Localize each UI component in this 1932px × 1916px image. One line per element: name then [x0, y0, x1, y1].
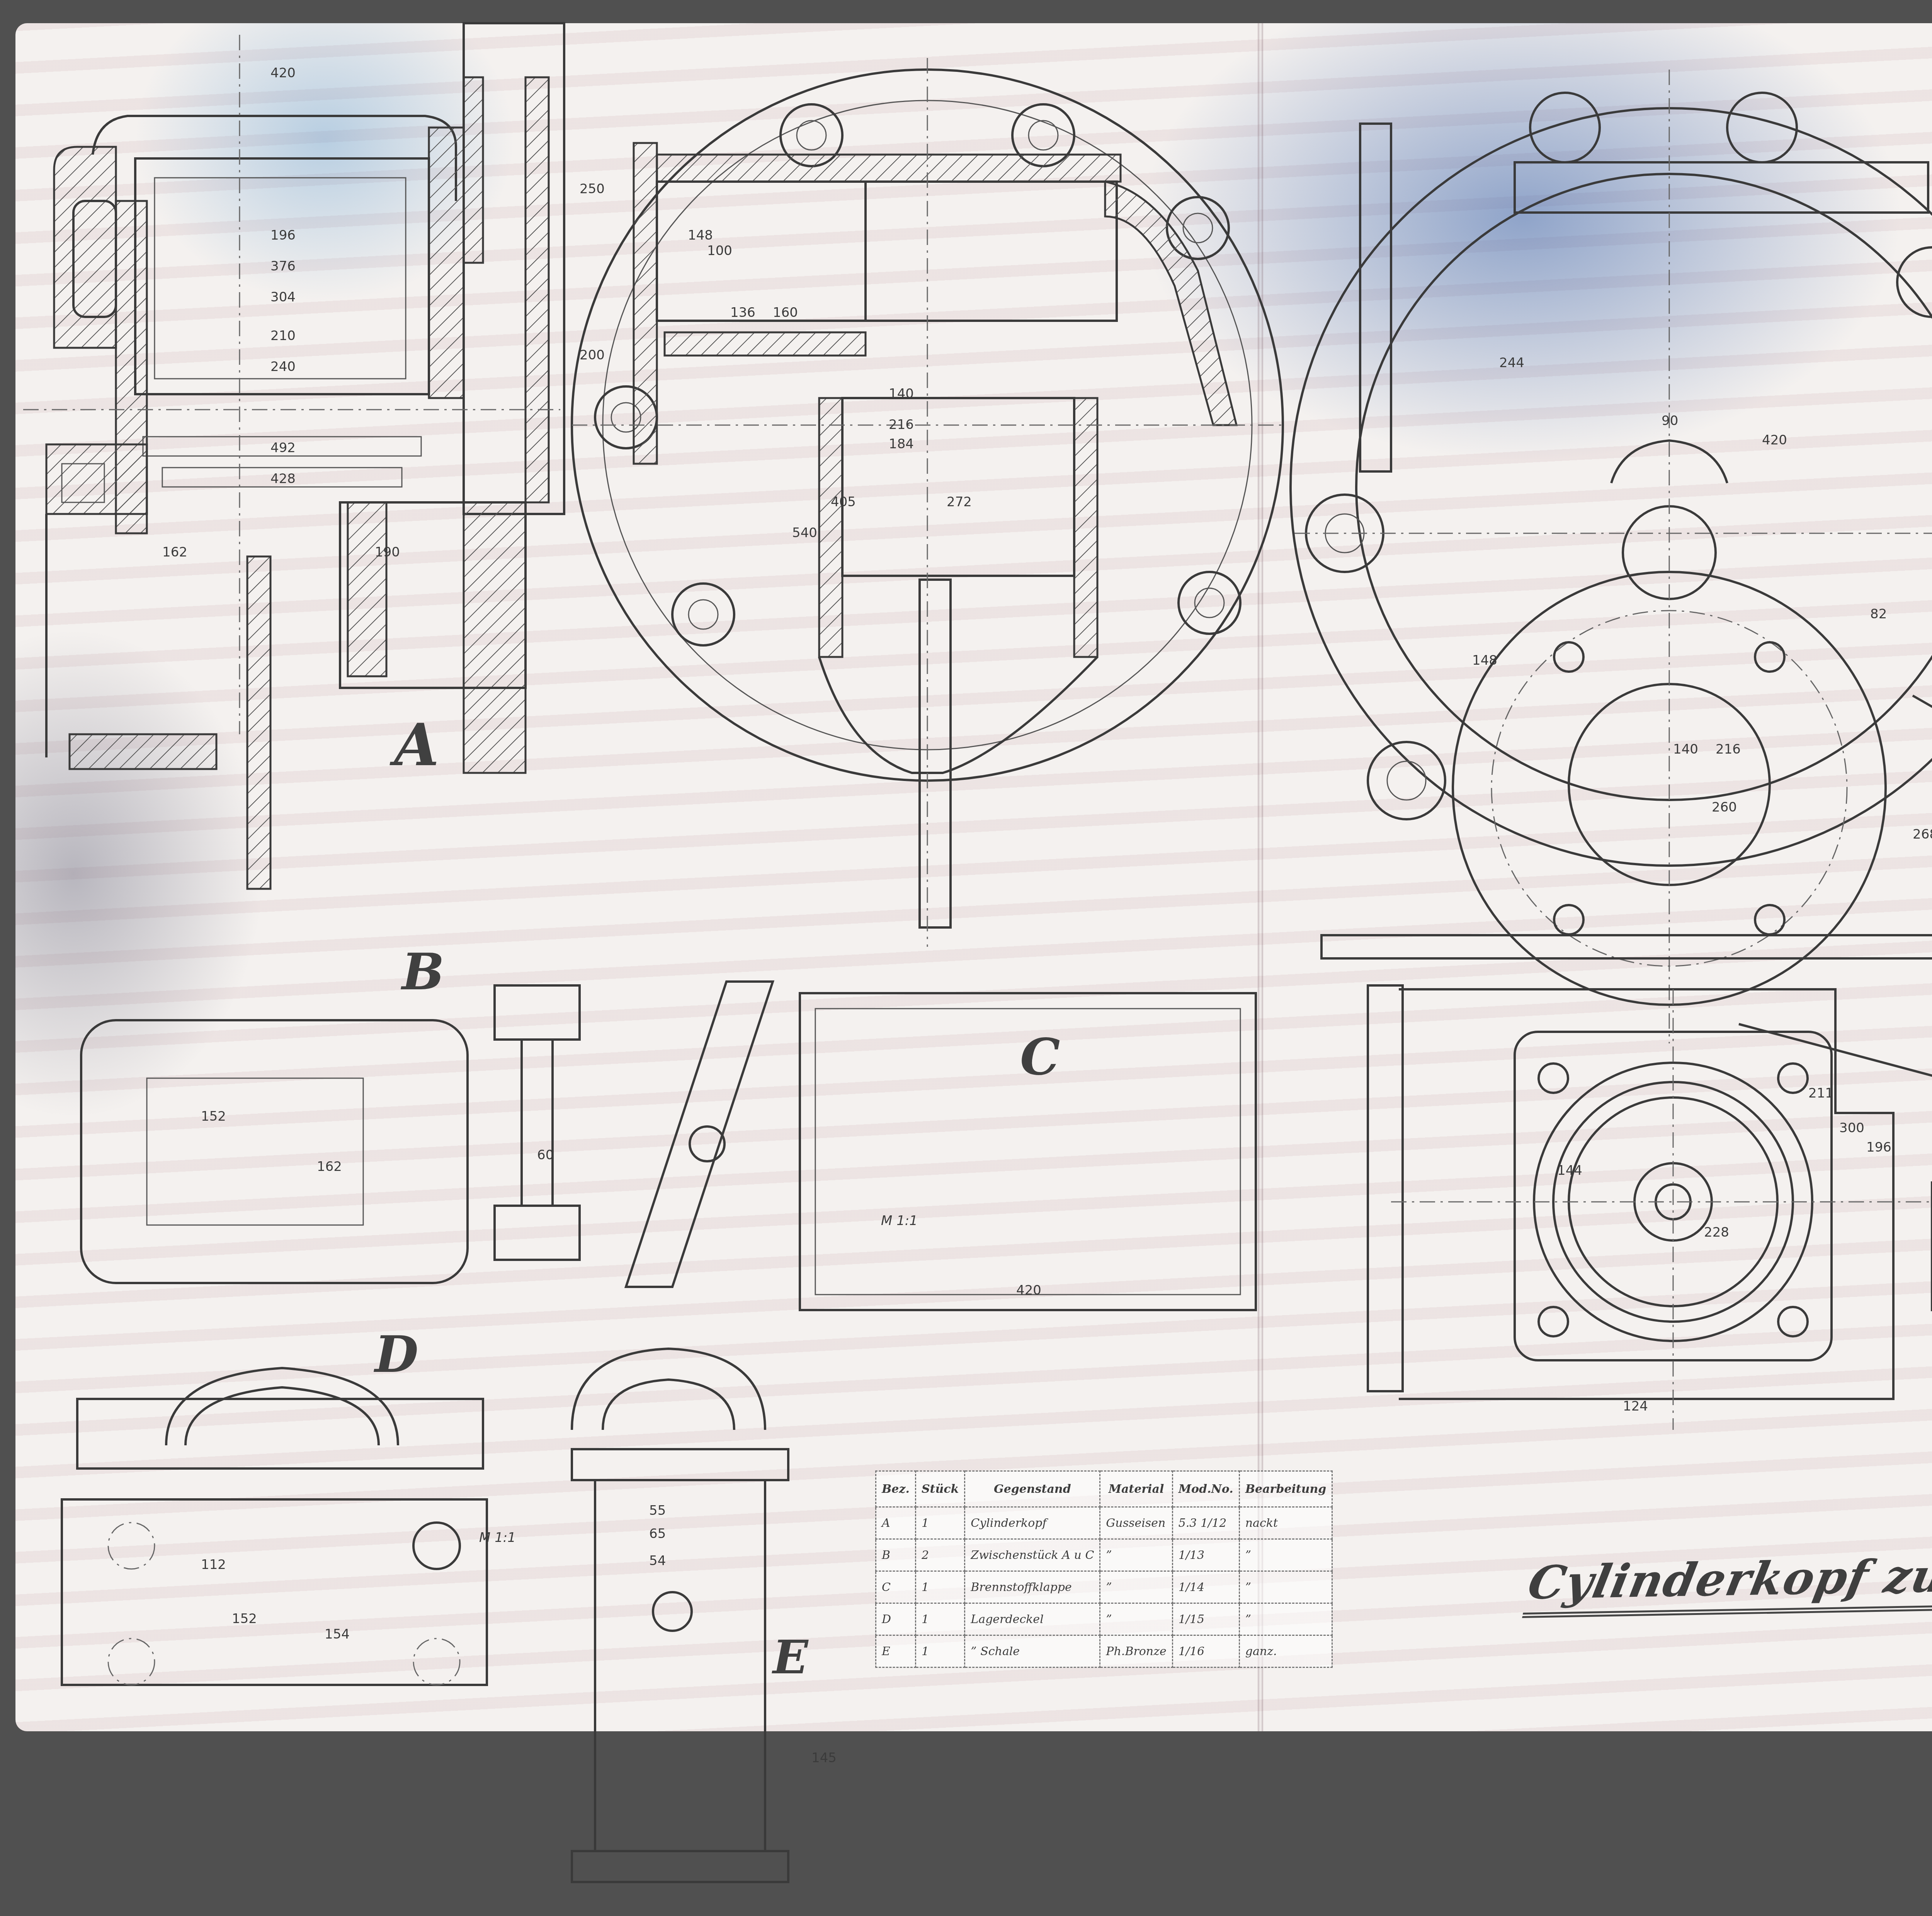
view-e: E 55 65 54 145: [572, 1349, 837, 1882]
svg-text:90: 90: [1662, 413, 1678, 429]
svg-text:100: 100: [707, 243, 732, 259]
svg-text:65: 65: [649, 1526, 666, 1542]
svg-text:260: 260: [1712, 800, 1737, 815]
svg-text:54: 54: [649, 1553, 666, 1569]
view-a-section: A 420 196 376 304 210 240 492 428 162 19…: [23, 23, 605, 889]
col-material: Material: [1100, 1471, 1172, 1507]
svg-text:162: 162: [317, 1159, 342, 1174]
col-modno: Mod.No.: [1172, 1471, 1239, 1507]
svg-text:82: 82: [1870, 606, 1887, 622]
svg-text:200: 200: [580, 347, 605, 363]
view-top-section: 148 100 136 160 140 216 184 405 272 540: [572, 58, 1287, 947]
view-d: D M 1:1 152 112 154: [62, 1325, 516, 1685]
table-row: A1 CylinderkopfGusseisen 5.3 1/12nackt: [876, 1507, 1332, 1539]
svg-text:240: 240: [270, 359, 296, 374]
svg-text:244: 244: [1499, 355, 1524, 371]
svg-text:428: 428: [270, 471, 296, 487]
view-label-b: B: [400, 942, 444, 1001]
table-row: B2 Zwischenstück A u C” 1/13”: [876, 1539, 1332, 1571]
svg-text:196: 196: [1866, 1140, 1891, 1155]
svg-text:162: 162: [162, 545, 187, 560]
svg-text:304: 304: [270, 289, 296, 305]
svg-text:184: 184: [889, 436, 914, 452]
svg-text:540: 540: [792, 525, 817, 541]
svg-text:300: 300: [1839, 1120, 1864, 1136]
svg-text:140: 140: [889, 386, 914, 402]
svg-text:228: 228: [1704, 1225, 1729, 1240]
svg-text:420: 420: [1762, 432, 1787, 448]
svg-text:136: 136: [730, 305, 755, 320]
view-c: C M 1:1 420: [626, 982, 1256, 1310]
view-d-scale-note: M 1:1: [479, 1530, 516, 1545]
svg-text:60: 60: [537, 1147, 554, 1163]
view-c-scale-note: M 1:1: [881, 1213, 918, 1229]
svg-text:272: 272: [947, 494, 972, 510]
svg-text:124: 124: [1623, 1399, 1648, 1414]
view-label-a: A: [389, 711, 439, 779]
view-plan: 244 90 420 231 82 100 140 216 260 148 26…: [1291, 70, 1932, 1360]
svg-text:211: 211: [1808, 1086, 1833, 1101]
svg-text:268: 268: [1913, 827, 1932, 842]
svg-text:148: 148: [1472, 653, 1497, 668]
col-bearbeitung: Bearbeitung: [1239, 1471, 1332, 1507]
svg-text:250: 250: [580, 181, 605, 197]
svg-text:492: 492: [270, 440, 296, 456]
svg-text:160: 160: [773, 305, 798, 320]
view-flange: 144 228 124 196 100: [1321, 935, 1932, 1430]
view-b: B 152 162 60: [81, 942, 580, 1283]
table-row: E1 ” SchalePh.Bronze 1/16ganz.: [876, 1635, 1332, 1668]
col-stueck: Stück: [915, 1471, 964, 1507]
table-row: C1 Brennstoffklappe” 1/14”: [876, 1571, 1332, 1603]
svg-text:376: 376: [270, 259, 296, 274]
svg-text:405: 405: [831, 494, 856, 510]
svg-text:196: 196: [270, 228, 296, 243]
svg-text:154: 154: [325, 1627, 350, 1642]
svg-text:152: 152: [232, 1611, 257, 1627]
view-label-e: E: [772, 1630, 809, 1685]
svg-text:152: 152: [201, 1109, 226, 1124]
view-label-d: D: [373, 1325, 418, 1384]
svg-text:145: 145: [811, 1750, 837, 1766]
svg-text:216: 216: [1716, 742, 1741, 757]
svg-text:190: 190: [375, 545, 400, 560]
dim-text: 420: [270, 65, 296, 81]
svg-text:216: 216: [889, 417, 914, 432]
view-label-c: C: [1020, 1027, 1060, 1086]
svg-text:140: 140: [1673, 742, 1698, 757]
svg-text:420: 420: [1016, 1283, 1041, 1298]
svg-text:210: 210: [270, 328, 296, 344]
parts-list-table: Bez. Stück Gegenstand Material Mod.No. B…: [875, 1470, 1333, 1668]
svg-text:148: 148: [688, 228, 713, 243]
col-gegenstand: Gegenstand: [965, 1471, 1100, 1507]
drawing-sheet: A 420 196 376 304 210 240 492 428 162 19…: [0, 0, 1932, 1916]
svg-text:112: 112: [201, 1557, 226, 1572]
svg-text:144: 144: [1557, 1163, 1582, 1178]
col-bez: Bez.: [876, 1471, 916, 1507]
parts-table-header: Bez. Stück Gegenstand Material Mod.No. B…: [876, 1471, 1332, 1507]
table-row: D1 Lagerdeckel” 1/15”: [876, 1603, 1332, 1635]
svg-text:55: 55: [649, 1503, 666, 1518]
